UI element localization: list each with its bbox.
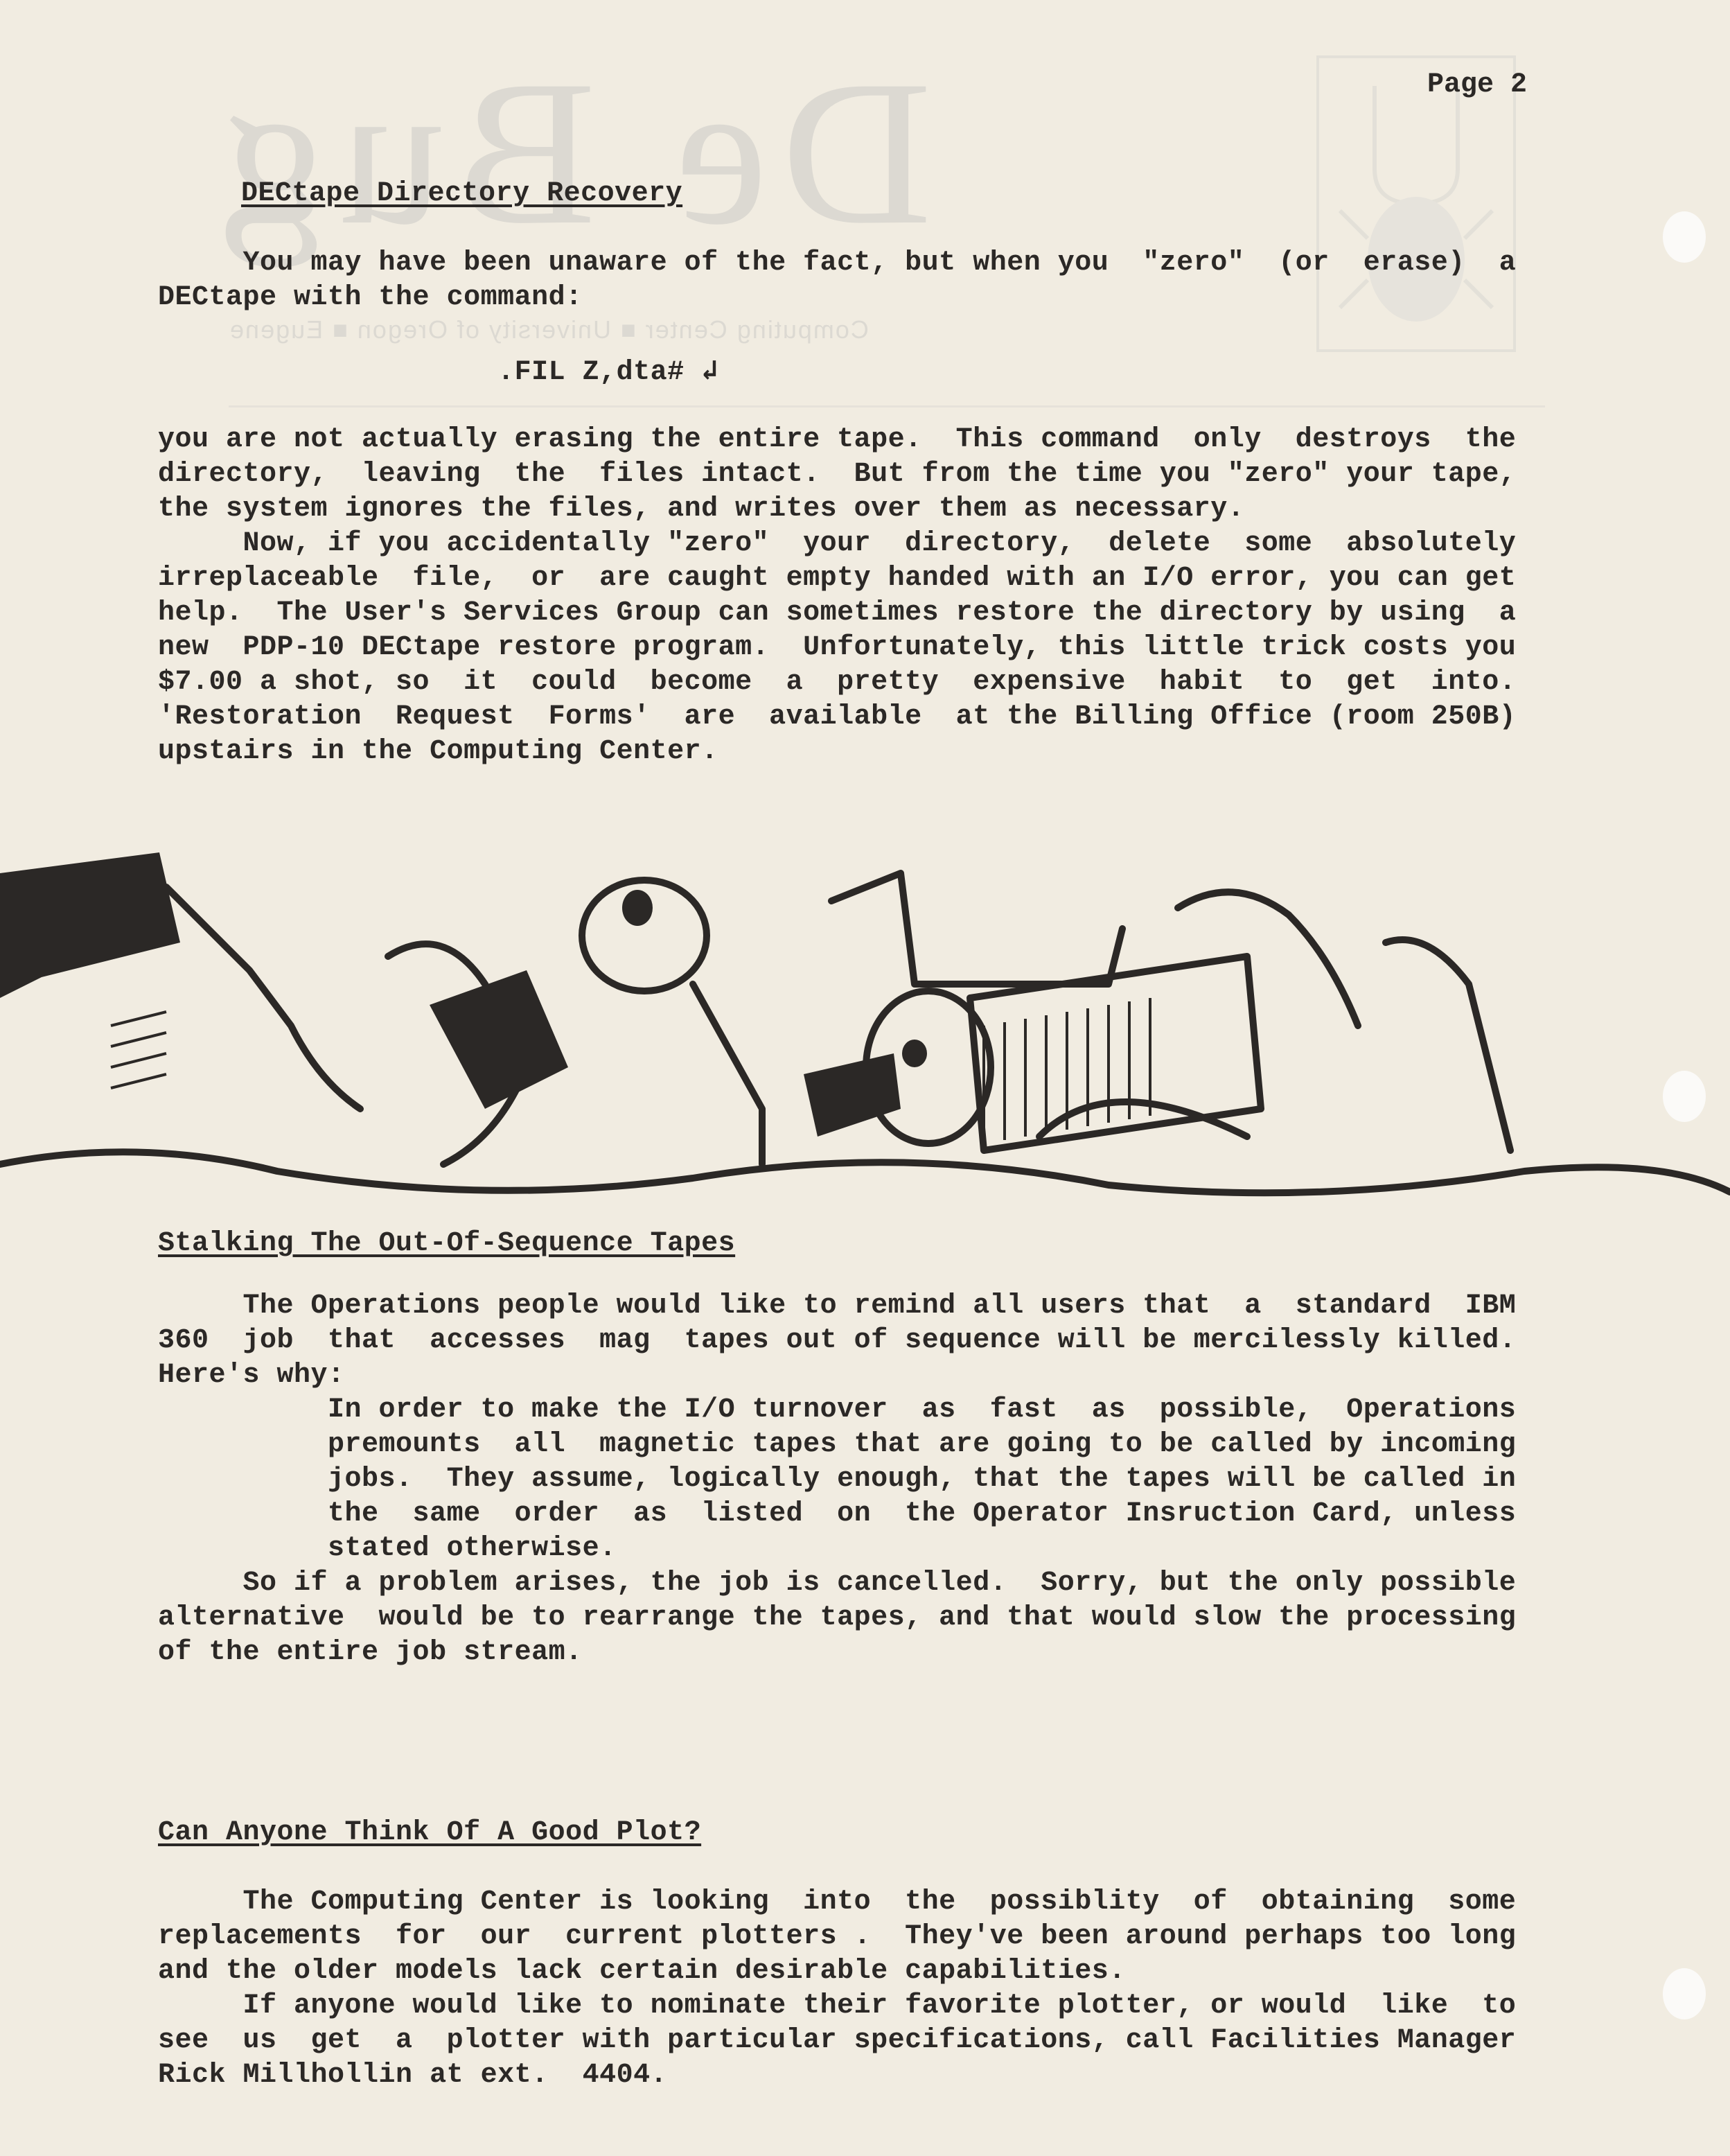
article-heading: Can Anyone Think Of A Good Plot? (158, 1816, 701, 1850)
show-through-subtitle: Computing Center ■ University of Oregon … (229, 315, 869, 344)
command-line: .FIL Z,dta# ↲ (158, 356, 718, 390)
show-through-rule (229, 405, 1545, 407)
article-heading: DECtape Directory Recovery (241, 177, 682, 211)
article-paragraph: You may have been unaware of the fact, b… (158, 246, 1516, 315)
show-through-masthead: De Bug (208, 49, 932, 256)
article-paragraph: The Operations people would like to remi… (158, 1289, 1516, 1670)
article-paragraph: you are not actually erasing the entire … (158, 423, 1516, 769)
page-number: Page 2 (1427, 69, 1527, 100)
binder-hole (1663, 1968, 1706, 2019)
cartoon-illustration-icon (0, 845, 1730, 1206)
article-paragraph: The Computing Center is looking into the… (158, 1885, 1516, 2093)
binder-hole (1663, 211, 1706, 263)
article-heading: Stalking The Out-Of-Sequence Tapes (158, 1227, 735, 1261)
